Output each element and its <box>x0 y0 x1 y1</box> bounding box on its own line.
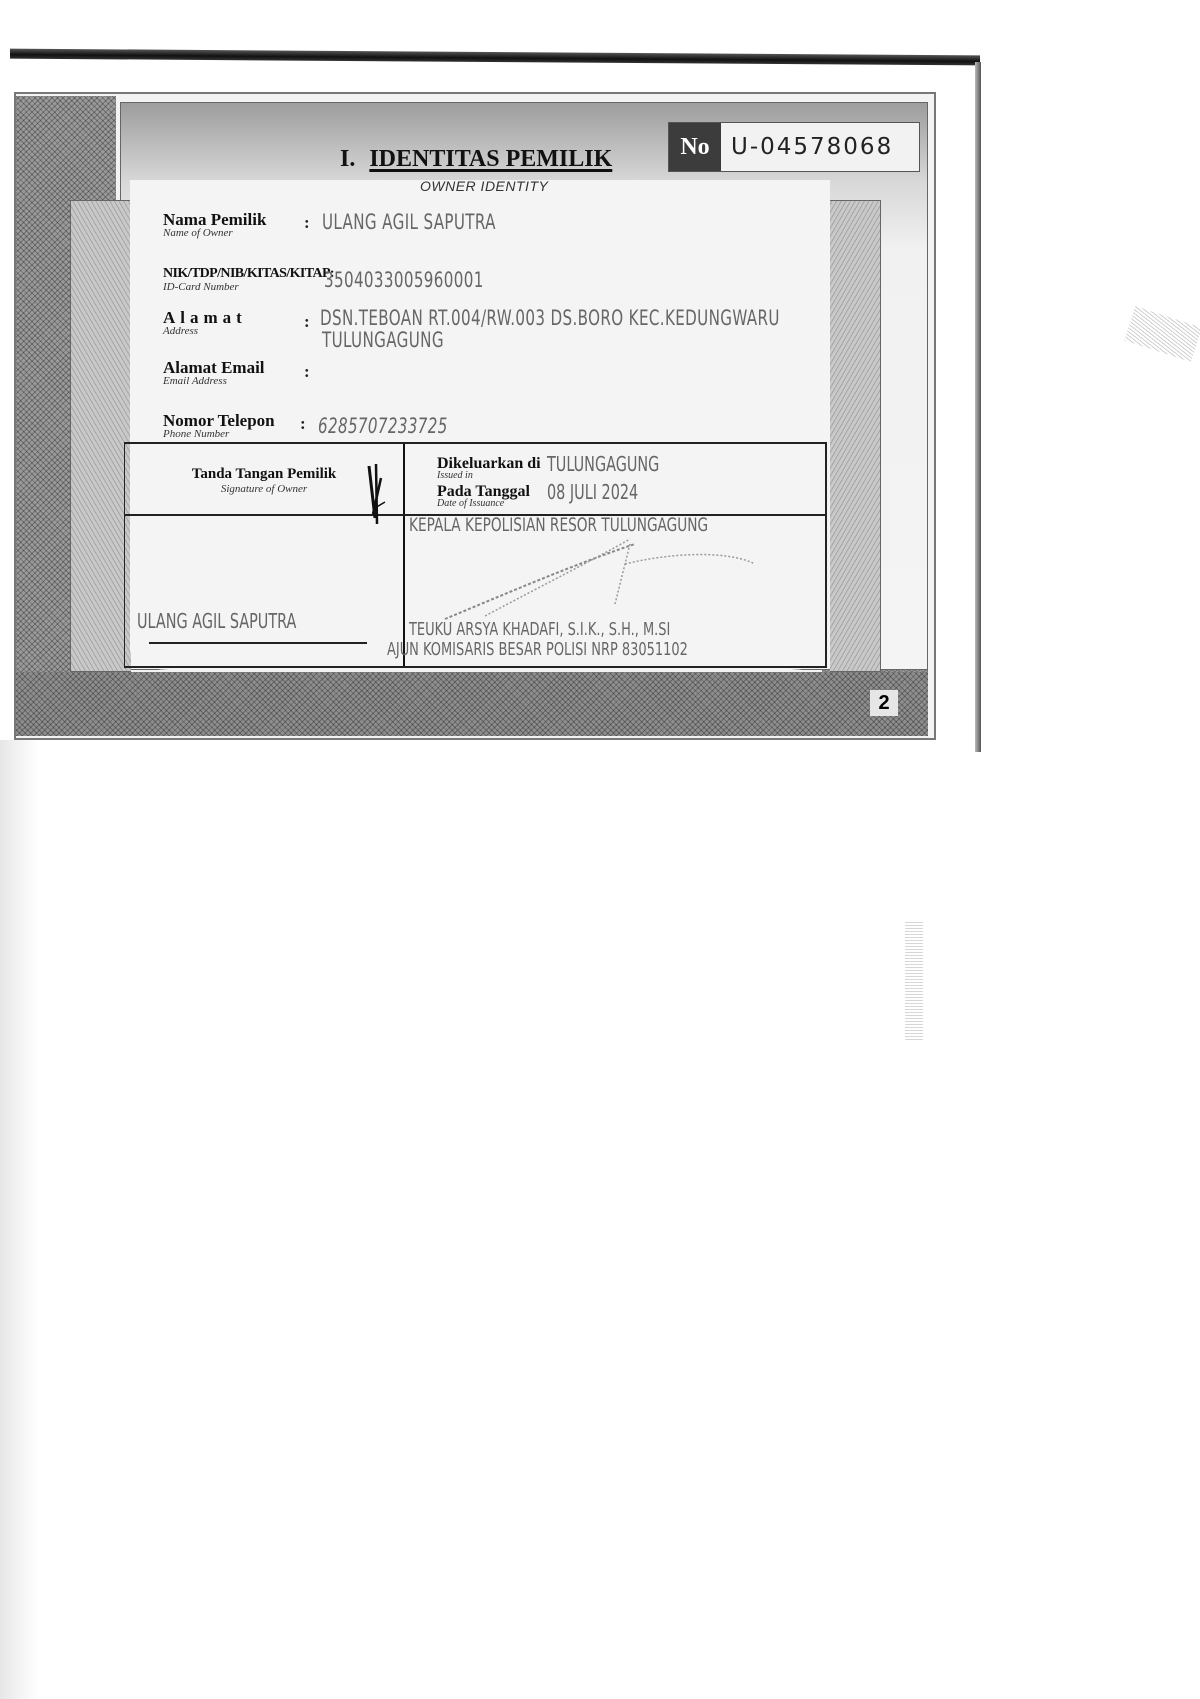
colon: : <box>300 414 306 434</box>
page-number: 2 <box>870 690 898 716</box>
owner-printed-name: ULANG AGIL SAPUTRA <box>137 609 296 633</box>
guilloche-border-bottom <box>16 672 928 736</box>
phone-label: Nomor Telepon <box>163 413 275 429</box>
owner-signature-icon <box>357 456 387 526</box>
section-number: I. <box>340 146 355 172</box>
field-phone: Nomor Telepon Phone Number <box>163 413 275 440</box>
section-title-text: IDENTITAS PEMILIK <box>369 146 612 172</box>
colon: : <box>304 312 310 332</box>
field-id-number: NIK/TDP/NIB/KITAS/KITAP: ID-Card Number <box>163 266 334 293</box>
scan-smudge <box>905 920 923 1040</box>
address-value-line2: TULUNGAGUNG <box>322 328 444 352</box>
field-email: Alamat Email Email Address <box>163 360 265 387</box>
email-sublabel: Email Address <box>163 376 265 387</box>
page-edge-top <box>10 49 980 66</box>
signature-table: Tanda Tangan Pemilik Signature of Owner … <box>124 442 827 668</box>
section-title: I.IDENTITAS PEMILIK <box>340 146 612 173</box>
owner-signature-line <box>149 642 367 644</box>
owner-name-value: ULANG AGIL SAPUTRA <box>322 210 496 234</box>
scan-smudge <box>1124 306 1200 362</box>
email-label: Alamat Email <box>163 360 265 376</box>
owner-name-label: Nama Pemilik <box>163 212 266 228</box>
field-owner-name: Nama Pemilik Name of Owner <box>163 212 266 239</box>
address-value-line1: DSN.TEBOAN RT.004/RW.003 DS.BORO KEC.KED… <box>320 306 780 330</box>
officer-rank: AJUN KOMISARIS BESAR POLISI NRP 83051102 <box>387 639 688 660</box>
issue-date-sublabel: Date of Issuance <box>437 499 541 509</box>
field-address: Alamat Address <box>163 310 247 337</box>
colon: : <box>304 213 310 233</box>
officer-name: TEUKU ARSYA KHADAFI, S.I.K., S.H., M.SI <box>409 619 670 640</box>
address-label: Alamat <box>163 310 247 326</box>
certificate-number-value: U-04578068 <box>721 123 919 171</box>
id-number-value: 3504033005960001 <box>324 268 484 292</box>
ornament-right <box>830 200 881 672</box>
address-sublabel: Address <box>163 326 247 337</box>
issued-in-row: Dikeluarkan di Issued in TULUNGAGUNG <box>437 456 541 484</box>
certificate-number-badge: No U-04578068 <box>668 122 920 172</box>
section-subtitle: OWNER IDENTITY <box>420 178 548 194</box>
page-edge-right <box>975 62 981 752</box>
issue-date-value: 08 JULI 2024 <box>547 480 638 504</box>
issued-in-value: TULUNGAGUNG <box>547 452 659 476</box>
issued-in-sublabel: Issued in <box>437 471 541 481</box>
scan-shadow <box>0 740 40 1699</box>
officer-signature-icon <box>425 524 755 624</box>
id-number-sublabel: ID-Card Number <box>163 282 334 293</box>
table-divider <box>403 444 405 666</box>
issued-in-label: Dikeluarkan di <box>437 456 541 471</box>
phone-value: 6285707233725 <box>318 414 448 438</box>
issue-date-row: Pada Tanggal Date of Issuance 08 JULI 20… <box>437 484 541 512</box>
phone-sublabel: Phone Number <box>163 429 275 440</box>
id-number-label: NIK/TDP/NIB/KITAS/KITAP: <box>163 266 334 282</box>
issue-date-label: Pada Tanggal <box>437 484 541 499</box>
ornament-left <box>70 200 131 672</box>
colon: : <box>304 362 310 382</box>
certificate-number-label: No <box>669 123 721 171</box>
owner-name-sublabel: Name of Owner <box>163 228 266 239</box>
issuance-block: Dikeluarkan di Issued in TULUNGAGUNG Pad… <box>437 456 541 512</box>
